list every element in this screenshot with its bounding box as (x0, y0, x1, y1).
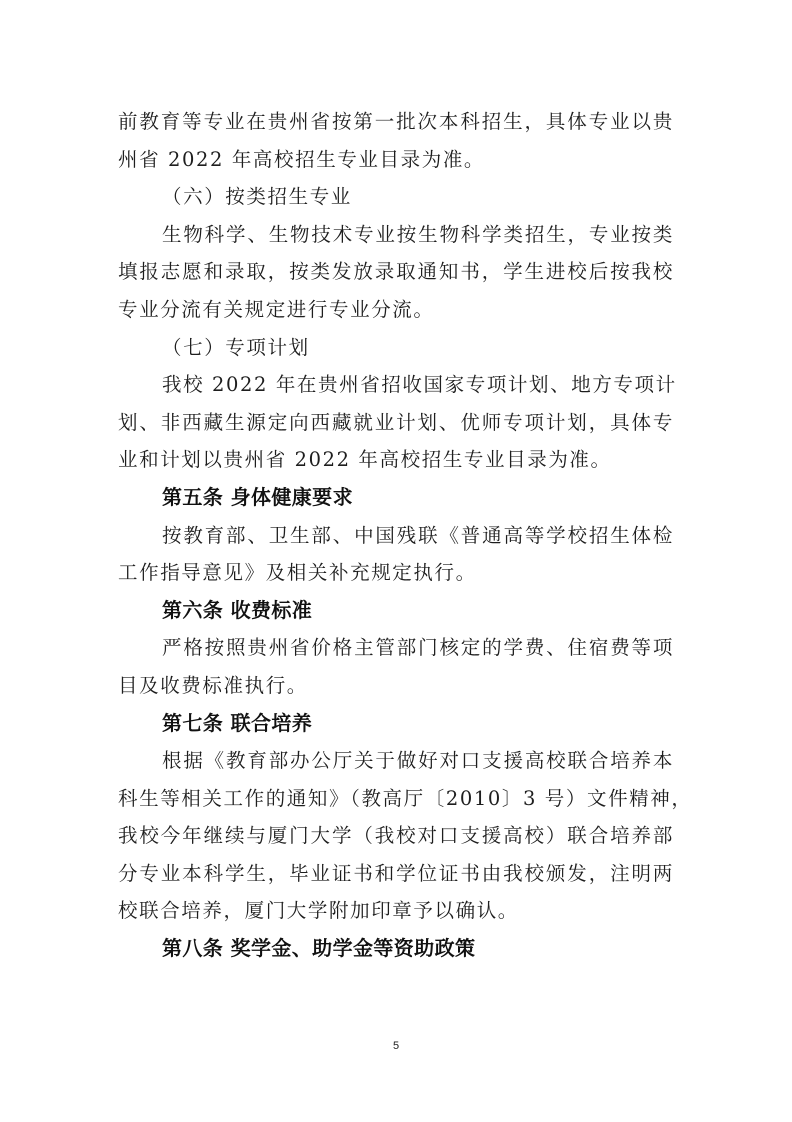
text-line-15: 严格按照贵州省价格主管部门核定的学费、住宿费等项 (118, 629, 674, 667)
text-line-13: 工作指导意见》及相关补充规定执行。 (118, 554, 674, 592)
text-line-21: 分专业本科学生，毕业证书和学位证书由我校颁发，注明两 (118, 855, 674, 893)
text-line-1: 前教育等专业在贵州省按第一批次本科招生，具体专业以贵 (118, 103, 674, 141)
text-line-10: 业和计划以贵州省 2022 年高校招生专业目录为准。 (118, 441, 674, 479)
text-line-20: 我校今年继续与厦门大学（我校对口支援高校）联合培养部 (118, 817, 674, 855)
text-line-19: 科生等相关工作的通知》（教高厅〔2010〕3 号）文件精神， (118, 780, 674, 818)
subheading-seven: （七）专项计划 (118, 329, 674, 367)
page-number: 5 (0, 1040, 792, 1052)
text-line-8: 我校 2022 年在贵州省招收国家专项计划、地方专项计 (118, 366, 674, 404)
article-six-heading: 第六条 收费标准 (118, 592, 674, 630)
article-seven-heading: 第七条 联合培养 (118, 705, 674, 743)
text-line-2: 州省 2022 年高校招生专业目录为准。 (118, 141, 674, 179)
subheading-six: （六）按类招生专业 (118, 178, 674, 216)
text-line-5: 填报志愿和录取，按类发放录取通知书，学生进校后按我校 (118, 253, 674, 291)
article-eight-heading: 第八条 奖学金、助学金等资助政策 (118, 930, 674, 968)
article-five-heading: 第五条 身体健康要求 (118, 479, 674, 517)
document-page: 前教育等专业在贵州省按第一批次本科招生，具体专业以贵 州省 2022 年高校招生… (0, 0, 792, 1122)
text-line-9: 划、非西藏生源定向西藏就业计划、优师专项计划，具体专 (118, 404, 674, 442)
text-line-22: 校联合培养，厦门大学附加印章予以确认。 (118, 892, 674, 930)
text-line-12: 按教育部、卫生部、中国残联《普通高等学校招生体检 (118, 517, 674, 555)
text-line-4: 生物科学、生物技术专业按生物科学类招生，专业按类 (118, 216, 674, 254)
text-line-16: 目及收费标准执行。 (118, 667, 674, 705)
text-line-6: 专业分流有关规定进行专业分流。 (118, 291, 674, 329)
page-body: 前教育等专业在贵州省按第一批次本科招生，具体专业以贵 州省 2022 年高校招生… (118, 103, 674, 968)
text-line-18: 根据《教育部办公厅关于做好对口支援高校联合培养本 (118, 742, 674, 780)
